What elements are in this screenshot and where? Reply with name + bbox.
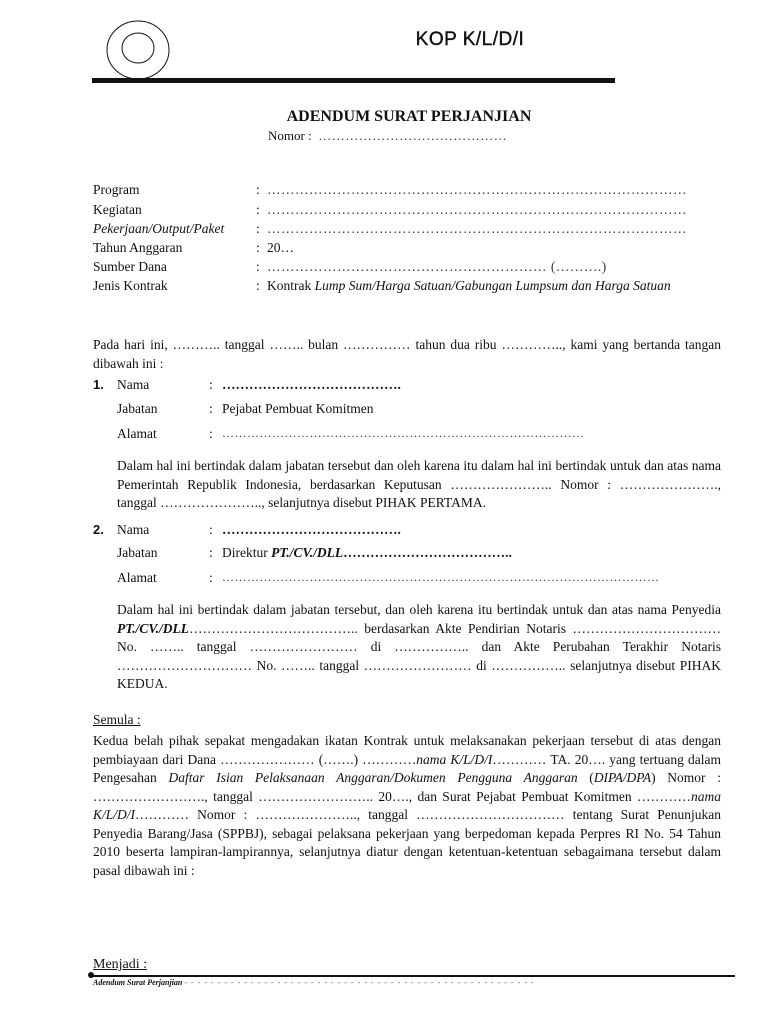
field-jenis-kontrak-value: Kontrak Lump Sum/Harga Satuan/Gabungan L… [267,277,721,295]
party2-jabatan-label: Jabatan [117,545,157,561]
party1-nama-value: …………………………………. [222,377,401,393]
party2-number: 2. [93,522,104,537]
semula-paragraph: Kedua belah pihak sepakat mengadakan ika… [93,732,721,880]
party1-number: 1. [93,377,104,392]
party2-nama-label: Nama [117,522,149,538]
header-rule [92,78,615,83]
kop-title: KOP K/L/D/I [300,29,640,51]
semula-heading: Semula : [93,712,141,728]
party2-description: Dalam hal ini bertindak dalam jabatan te… [117,601,721,694]
party1-description: Dalam hal ini bertindak dalam jabatan te… [117,457,721,513]
party1-nama-label: Nama [117,377,149,393]
party1-jabatan-label: Jabatan [117,401,157,417]
party2-nama-value: …………………………………. [222,522,401,538]
party1-alamat-label: Alamat [117,426,157,442]
party1-jabatan-value: Pejabat Pembuat Komitmen [222,401,373,417]
footer-rule [92,975,735,977]
document-title: ADENDUM SURAT PERJANJIAN [0,108,768,126]
party1-alamat-value: …………………………………………………………………………… [222,426,585,441]
party2-alamat-label: Alamat [117,570,157,586]
party2-alamat-value: …………………………………………………………………………………………… [222,570,660,585]
party2-jabatan-value: Direktur PT./CV./DLL……………………………….. [222,545,512,561]
footer-text: Adendum Surat Perjanjian - - - - - - - -… [93,978,535,987]
menjadi-heading: Menjadi : [93,957,147,973]
nomor-line: Nomor : …………………………………… [268,128,507,144]
intro-paragraph: Pada hari ini, ……….. tanggal …….. bulan … [93,336,721,373]
